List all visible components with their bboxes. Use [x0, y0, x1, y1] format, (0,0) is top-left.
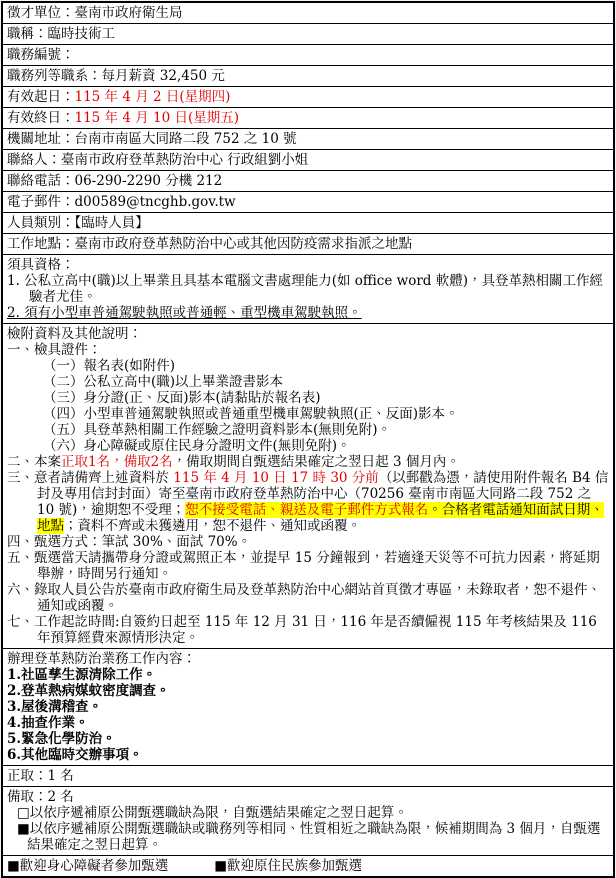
- duties-header: 辦理登革熱防治業務工作內容：: [7, 651, 609, 667]
- backup-option-1-text: 以依序遞補原公開甄選職缺為限，自甄選結果確定之翌日起算。: [30, 805, 408, 821]
- contact-person-text: 聯絡人：臺南市政府登革熱防治中心 行政組劉小姐: [7, 152, 308, 168]
- backup-option-2-text: 以依序遞補原公開甄選職缺或職務列等相同、性質相近之職缺為限，候補期間為 3 個月…: [27, 821, 600, 853]
- attachment-subitem-6: （六）身心障礙或原住民身分證明文件(無則免附)。: [7, 438, 609, 454]
- note-item-3-hl-sep: 。: [428, 502, 442, 518]
- note-item-3: 三、意者請備齊上述資料於 115 年 4 月 10 日 17 時 30 分前（以…: [7, 470, 609, 534]
- contact-phone-text: 聯絡電話：06-290-2290 分機 212: [7, 173, 222, 189]
- row-valid-to: 有效終日：115 年 4 月 10 日(星期五): [3, 108, 613, 129]
- row-job-title: 職稱：臨時技術工: [3, 24, 613, 45]
- attachment-subitem-5: （五）具登革熱相關工作經驗之證明資料影本(無則免附)。: [7, 422, 609, 438]
- row-duties: 辦理登革熱防治業務工作內容： 1.社區孳生源清除工作。 2.登革熱病媒蚊密度調查…: [3, 649, 613, 766]
- qualifications-header: 須具資格：: [7, 257, 609, 273]
- personnel-category-text: 人員類別：【臨時人員】: [7, 215, 149, 231]
- note-item-3-no-apply: 恕不接受電話、親送及電子郵件方式報名: [185, 502, 428, 518]
- duty-item-5: 5.緊急化學防治。: [7, 731, 609, 747]
- qualification-item-2: 2. 須有小型車普通駕駛執照或普通輕、重型機車駕駛執照。: [7, 305, 609, 321]
- row-contact-person: 聯絡人：臺南市政府登革熱防治中心 行政組劉小姐: [3, 150, 613, 171]
- salary-grade-text: 職務列等職系：每月薪資 32,450 元: [7, 68, 225, 84]
- row-job-number: 職務編號：: [3, 45, 613, 66]
- job-number-text: 職務編號：: [7, 47, 75, 63]
- row-attachments-notes: 檢附資料及其他說明： 一、檢具證件： （一）報名表(如附件) （二）公私立高中(…: [3, 324, 613, 649]
- backup-option-1: □以依序遞補原公開甄選職缺為限，自甄選結果確定之翌日起算。: [7, 805, 609, 821]
- valid-from-date: 115 年 4 月 2 日(星期四): [75, 89, 231, 105]
- backup-option-2: ■以依序遞補原公開甄選職缺或職務列等相同、性質相近之職缺為限，候補期間為 3 個…: [7, 821, 609, 853]
- row-valid-from: 有效起日：115 年 4 月 2 日(星期四): [3, 87, 613, 108]
- row-email: 電子郵件：d00589@tncghb.gov.tw: [3, 192, 613, 213]
- row-backup-quota: 備取：2 名 □以依序遞補原公開甄選職缺為限，自甄選結果確定之翌日起算。 ■以依…: [3, 787, 613, 856]
- attachment-subitem-2: （二）公私立高中(職)以上畢業證書影本: [7, 374, 609, 390]
- row-personnel-category: 人員類別：【臨時人員】: [3, 213, 613, 234]
- welcome-disabled-text: 歡迎身心障礙者參加甄選: [20, 858, 169, 874]
- note-item-7: 七、工作起訖時間:自簽約日起至 115 年 12 月 31 日，116 年是否續…: [7, 614, 609, 646]
- note-item-2-post: ，備取期間自甄選結果確定之翌日起 3 個月內。: [173, 454, 460, 470]
- row-qualifications: 須具資格： 1. 公私立高中(職)以上畢業且具基本電腦文書處理能力(如 offi…: [3, 255, 613, 324]
- valid-to-label: 有效終日：: [7, 110, 75, 126]
- valid-to-date: 115 年 4 月 10 日(星期五): [75, 110, 240, 126]
- job-title-text: 職稱：臨時技術工: [7, 26, 115, 42]
- backup-quota-text: 備取：2 名: [7, 789, 609, 805]
- attachment-subitem-3: （三）身分證(正、反面)影本(請黏貼於報名表): [7, 390, 609, 406]
- row-recruit-unit: 徵才單位：臺南市政府衛生局: [3, 3, 613, 24]
- attachment-subitem-1: （一）報名表(如附件): [7, 358, 609, 374]
- row-primary-quota: 正取：1 名: [3, 766, 613, 787]
- row-contact-phone: 聯絡電話：06-290-2290 分機 212: [3, 171, 613, 192]
- duty-item-1: 1.社區孳生源清除工作。: [7, 667, 609, 683]
- checkbox-checked-icon: ■: [17, 821, 30, 837]
- notes-header: 檢附資料及其他說明：: [7, 326, 609, 342]
- duty-item-2: 2.登革熱病媒蚊密度調查。: [7, 683, 609, 699]
- filled-square-icon: ■: [214, 858, 227, 874]
- checkbox-unchecked-icon: □: [17, 805, 30, 821]
- note-item-2-quota: 正取1名，備取2名: [61, 454, 173, 470]
- note-item-5: 五、甄選當天請攜帶身分證或駕照正本，並提早 15 分鐘報到，若適逢天災等不可抗力…: [7, 550, 609, 582]
- welcome-indigenous-text: 歡迎原住民族參加甄選: [227, 858, 362, 874]
- qualification-item-1: 1. 公私立高中(職)以上畢業且具基本電腦文書處理能力(如 office wor…: [7, 273, 609, 305]
- row-salary-grade: 職務列等職系：每月薪資 32,450 元: [3, 66, 613, 87]
- primary-quota-text: 正取：1 名: [7, 768, 74, 784]
- note-item-3-pre: 三、意者請備齊上述資料於: [7, 470, 173, 486]
- welcome-disabled-item: ■歡迎身心障礙者參加甄選: [7, 858, 168, 874]
- qualification-item-2-text: 2. 須有小型車普通駕駛執照或普通輕、重型機車駕駛執照。: [7, 305, 362, 321]
- duty-item-4: 4.抽查作業。: [7, 715, 609, 731]
- note-item-4: 四、甄選方式：筆試 30%、面試 70%。: [7, 534, 609, 550]
- agency-address-text: 機關地址：台南市南區大同路二段 752 之 10 號: [7, 131, 297, 147]
- note-item-2-pre: 二、本案: [7, 454, 61, 470]
- work-location-text: 工作地點：臺南市政府登革熱防治中心或其他因防疫需求指派之地點: [7, 236, 412, 252]
- welcome-indigenous-item: ■歡迎原住民族參加甄選: [214, 858, 362, 874]
- duty-item-3: 3.屋後溝稽查。: [7, 699, 609, 715]
- row-welcome-footer: ■歡迎身心障礙者參加甄選 ■歡迎原住民族參加甄選: [3, 856, 613, 876]
- job-posting-table: 徵才單位：臺南市政府衛生局 職稱：臨時技術工 職務編號： 職務列等職系：每月薪資…: [1, 1, 615, 878]
- attachment-subitem-4: （四）小型車普通駕駛執照或普通重型機車駕駛執照(正、反面)影本。: [7, 406, 609, 422]
- row-work-location: 工作地點：臺南市政府登革熱防治中心或其他因防疫需求指派之地點: [3, 234, 613, 255]
- duty-item-6: 6.其他臨時交辦事項。: [7, 747, 609, 763]
- valid-from-label: 有效起日：: [7, 89, 75, 105]
- row-agency-address: 機關地址：台南市南區大同路二段 752 之 10 號: [3, 129, 613, 150]
- note-item-6: 六、錄取人員公告於臺南市政府衛生局及登革熱防治中心網站首頁徵才專區，未錄取者，恕…: [7, 582, 609, 614]
- note-item-1-lead: 一、檢具證件：: [7, 342, 609, 358]
- email-text: 電子郵件：d00589@tncghb.gov.tw: [7, 194, 236, 210]
- note-item-2: 二、本案正取1名，備取2名，備取期間自甄選結果確定之翌日起 3 個月內。: [7, 454, 609, 470]
- note-item-3-deadline: 115 年 4 月 10 日 17 時 30 分前: [173, 470, 379, 486]
- note-item-3-post: ；資料不齊或未獲遴用，恕不退件、通知或函覆。: [64, 518, 361, 534]
- recruit-unit-text: 徵才單位：臺南市政府衛生局: [7, 5, 183, 21]
- filled-square-icon: ■: [7, 858, 20, 874]
